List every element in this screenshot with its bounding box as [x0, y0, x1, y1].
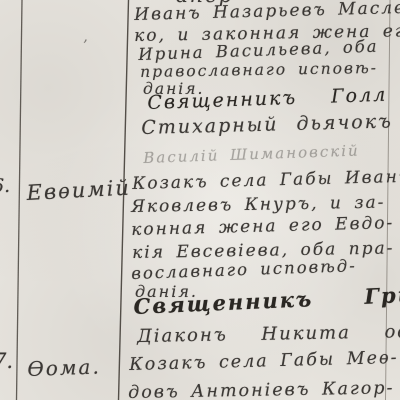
ink-mark: ’ — [83, 38, 87, 54]
table-rule-left — [17, 0, 23, 400]
child-name: Ѳома. — [27, 354, 101, 381]
register-page: анер Иванъ Назарьевъ Маслен- ко, и закон… — [0, 0, 400, 400]
entry-line: довъ Антоніевъ Кагор- — [128, 378, 395, 400]
row-number: 7. — [0, 349, 13, 373]
row-number: 6. — [0, 175, 10, 197]
